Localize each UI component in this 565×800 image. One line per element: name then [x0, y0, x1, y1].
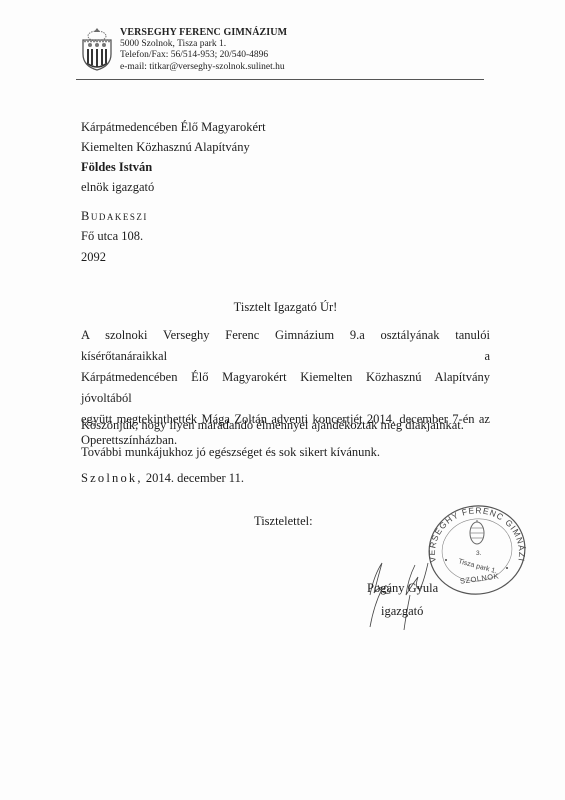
place-date: Szolnok, 2014. december 11.	[81, 471, 244, 486]
recipient-org-line1: Kárpátmedencében Élő Magyarokért	[81, 120, 266, 135]
svg-text:VERSEGHY FERENC GIMNÁZIUM: VERSEGHY FERENC GIMNÁZIUM	[418, 500, 527, 563]
school-email: e-mail: titkar@verseghy-szolnok.sulinet.…	[120, 62, 287, 74]
recipient-name: Földes István	[81, 160, 152, 175]
school-name: VERSEGHY FERENC GIMNÁZIUM	[120, 27, 287, 39]
header-divider	[76, 79, 484, 80]
date: 2014. december 11.	[146, 471, 244, 485]
paragraph-1-line: Kárpátmedencében Élő Magyarokért Kiemelt…	[81, 367, 490, 409]
recipient-street: Fő utca 108.	[81, 229, 143, 244]
school-address: 5000 Szolnok, Tisza park 1.	[120, 39, 287, 51]
body-paragraph-2: Köszönjük, hogy ilyen maradandó élménnye…	[81, 418, 464, 433]
school-crest-icon	[80, 26, 114, 72]
body-paragraph-3: További munkájukhoz jó egészséget és sok…	[81, 445, 380, 460]
signer-name: Pogány Gyula	[367, 581, 438, 596]
school-phone: Telefon/Fax: 56/514-953; 20/540-4896	[120, 50, 287, 62]
letterhead: VERSEGHY FERENC GIMNÁZIUM 5000 Szolnok, …	[120, 27, 287, 73]
stamp-ring-text: VERSEGHY FERENC GIMNÁZIUM	[418, 500, 527, 563]
salutation: Tisztelt Igazgató Úr!	[81, 300, 490, 315]
stamp-city: SZOLNOK	[459, 571, 499, 585]
signer-title: igazgató	[381, 604, 423, 619]
paragraph-1-line: A szolnoki Verseghy Ferenc Gimnázium 9.a…	[81, 325, 490, 367]
recipient-org-line2: Kiemelten Közhasznú Alapítvány	[81, 140, 250, 155]
place: Szolnok,	[81, 471, 143, 485]
closing-regards: Tisztelettel:	[254, 514, 313, 529]
recipient-title: elnök igazgató	[81, 180, 154, 195]
stamp-number: 3.	[476, 550, 482, 557]
letter-page: VERSEGHY FERENC GIMNÁZIUM 5000 Szolnok, …	[0, 0, 565, 800]
recipient-city: Budakeszi	[81, 209, 148, 224]
recipient-postcode: 2092	[81, 250, 106, 265]
